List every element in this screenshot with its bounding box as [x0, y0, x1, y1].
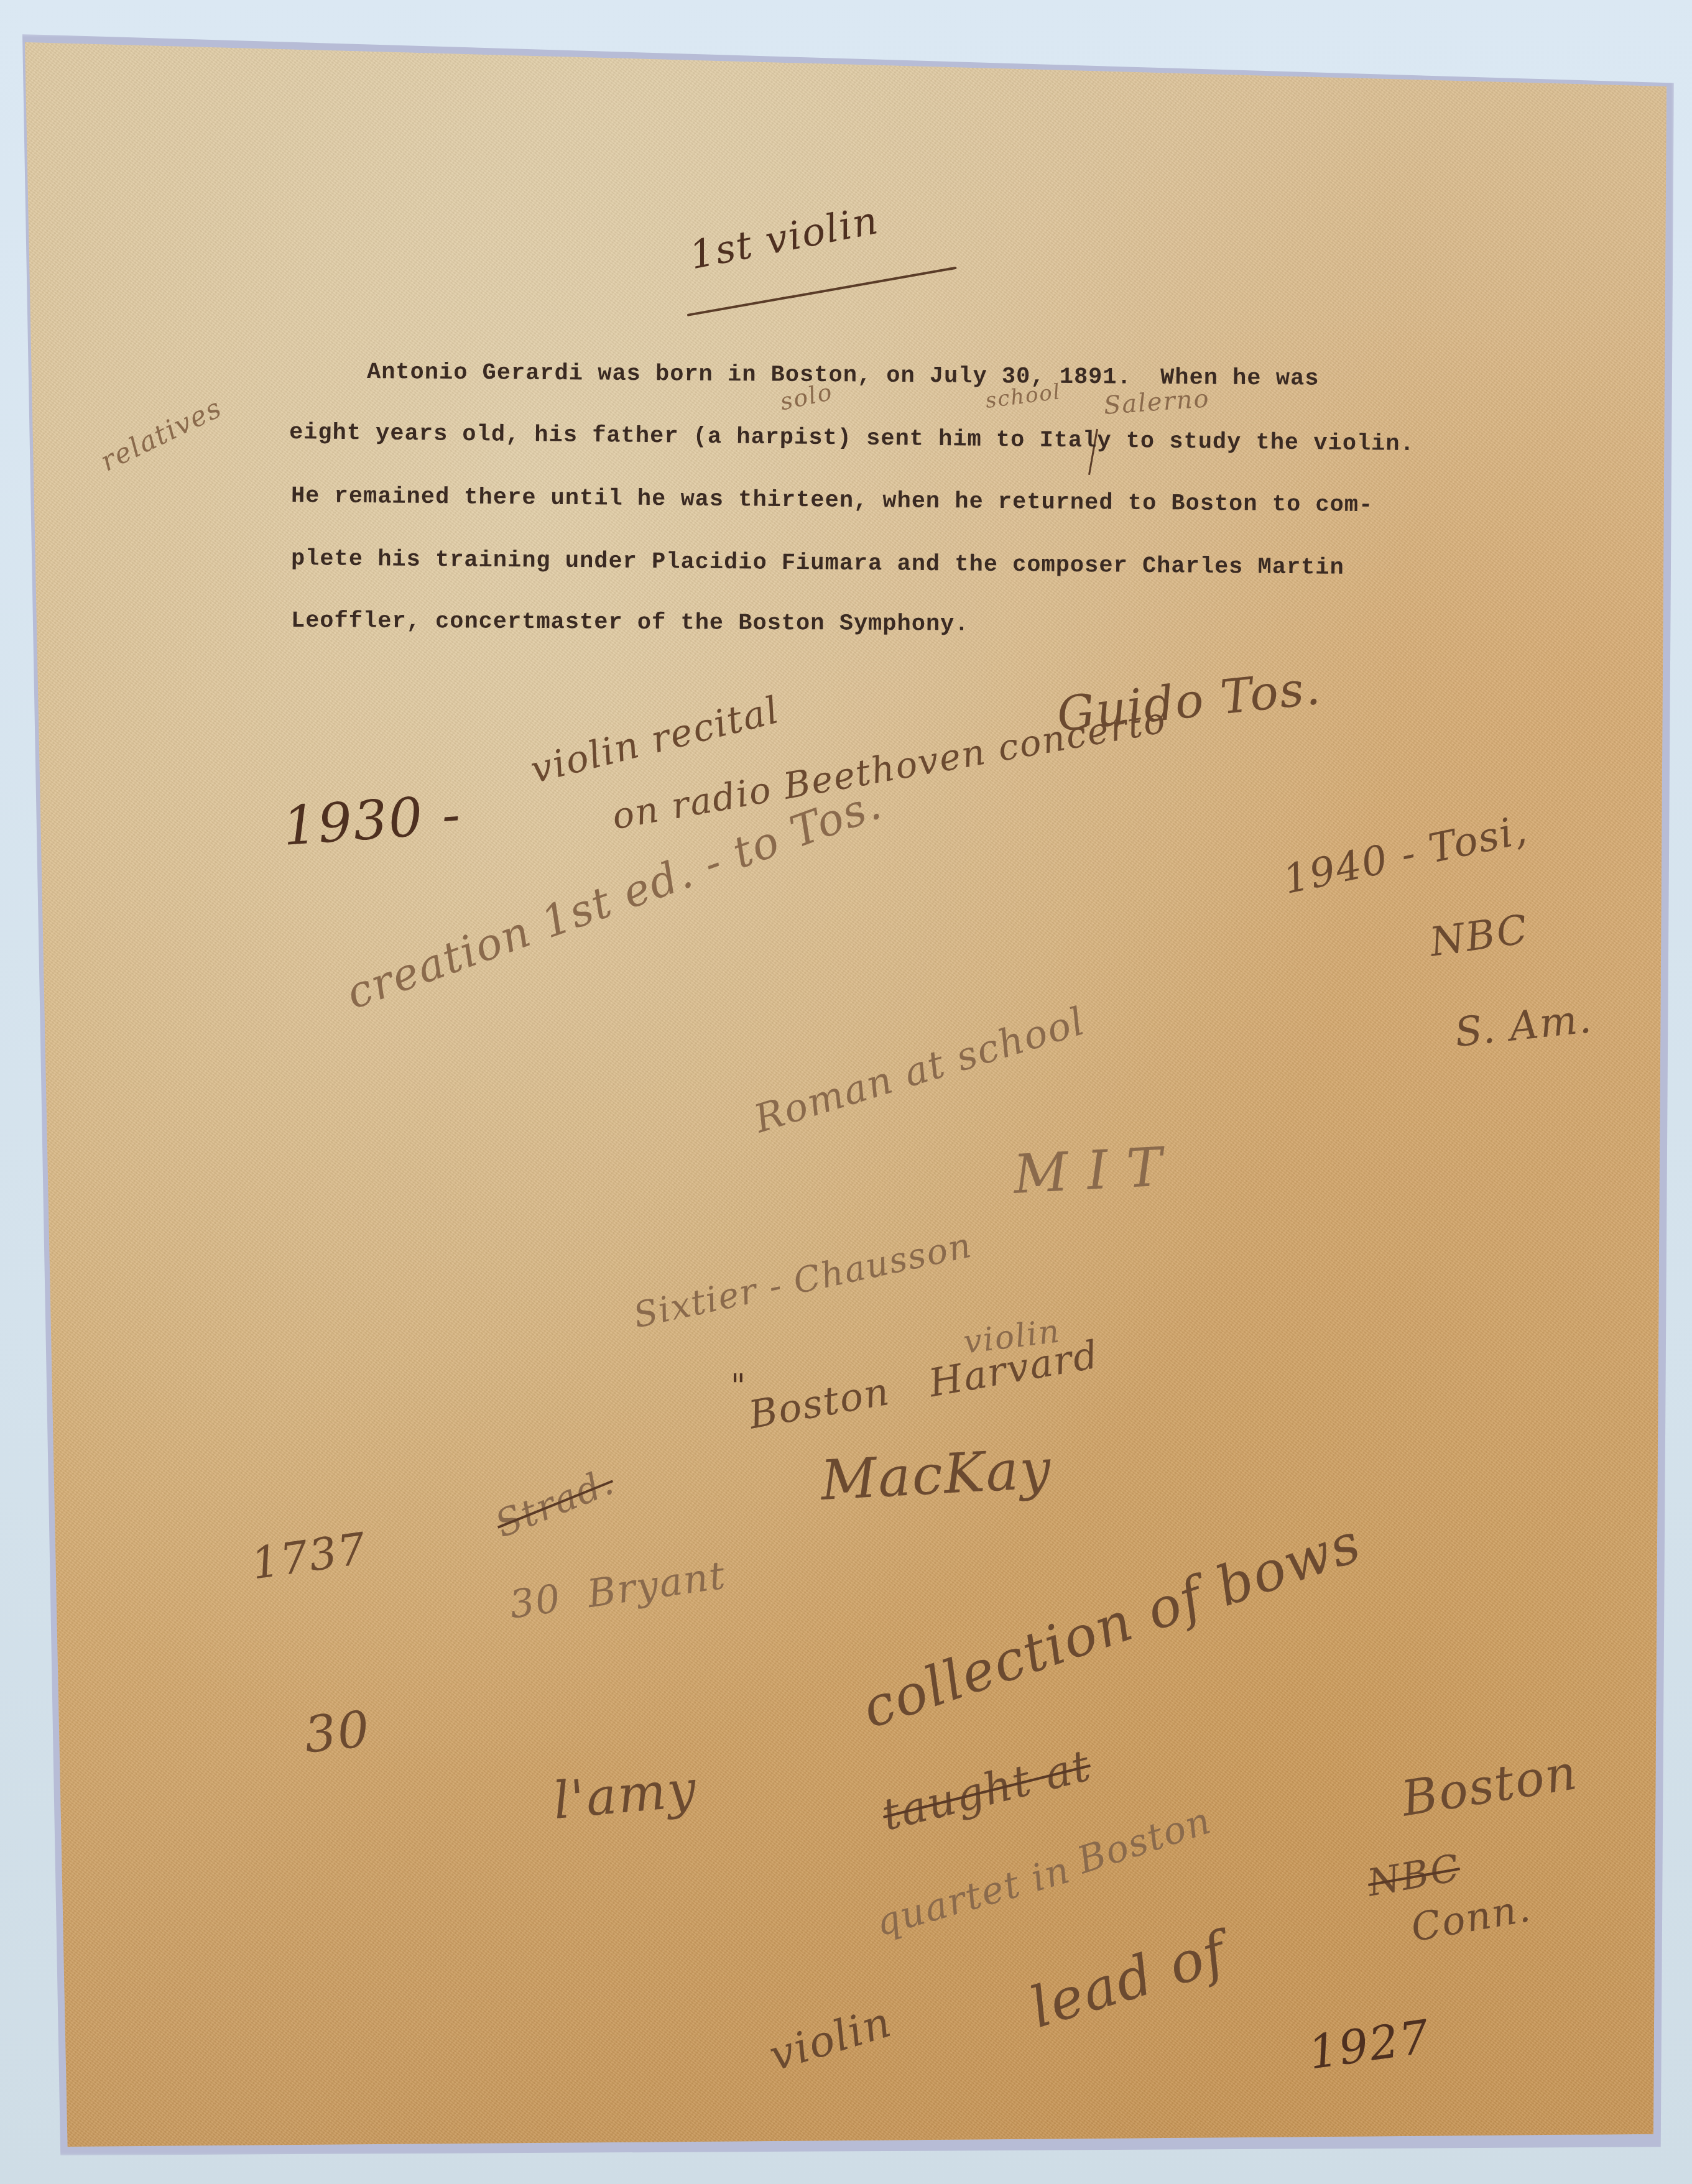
- typed-line-5: Leoffler, concertmaster of the Boston Sy…: [291, 608, 969, 638]
- note-mit: MIT: [1012, 1135, 1182, 1206]
- note-ditto-mark: ": [731, 1368, 747, 1405]
- note-1930: 1930 -: [281, 783, 464, 858]
- note-lamy: l'amy: [551, 1759, 700, 1831]
- note-mackay: MacKay: [819, 1437, 1053, 1513]
- note-30: 30: [302, 1700, 373, 1764]
